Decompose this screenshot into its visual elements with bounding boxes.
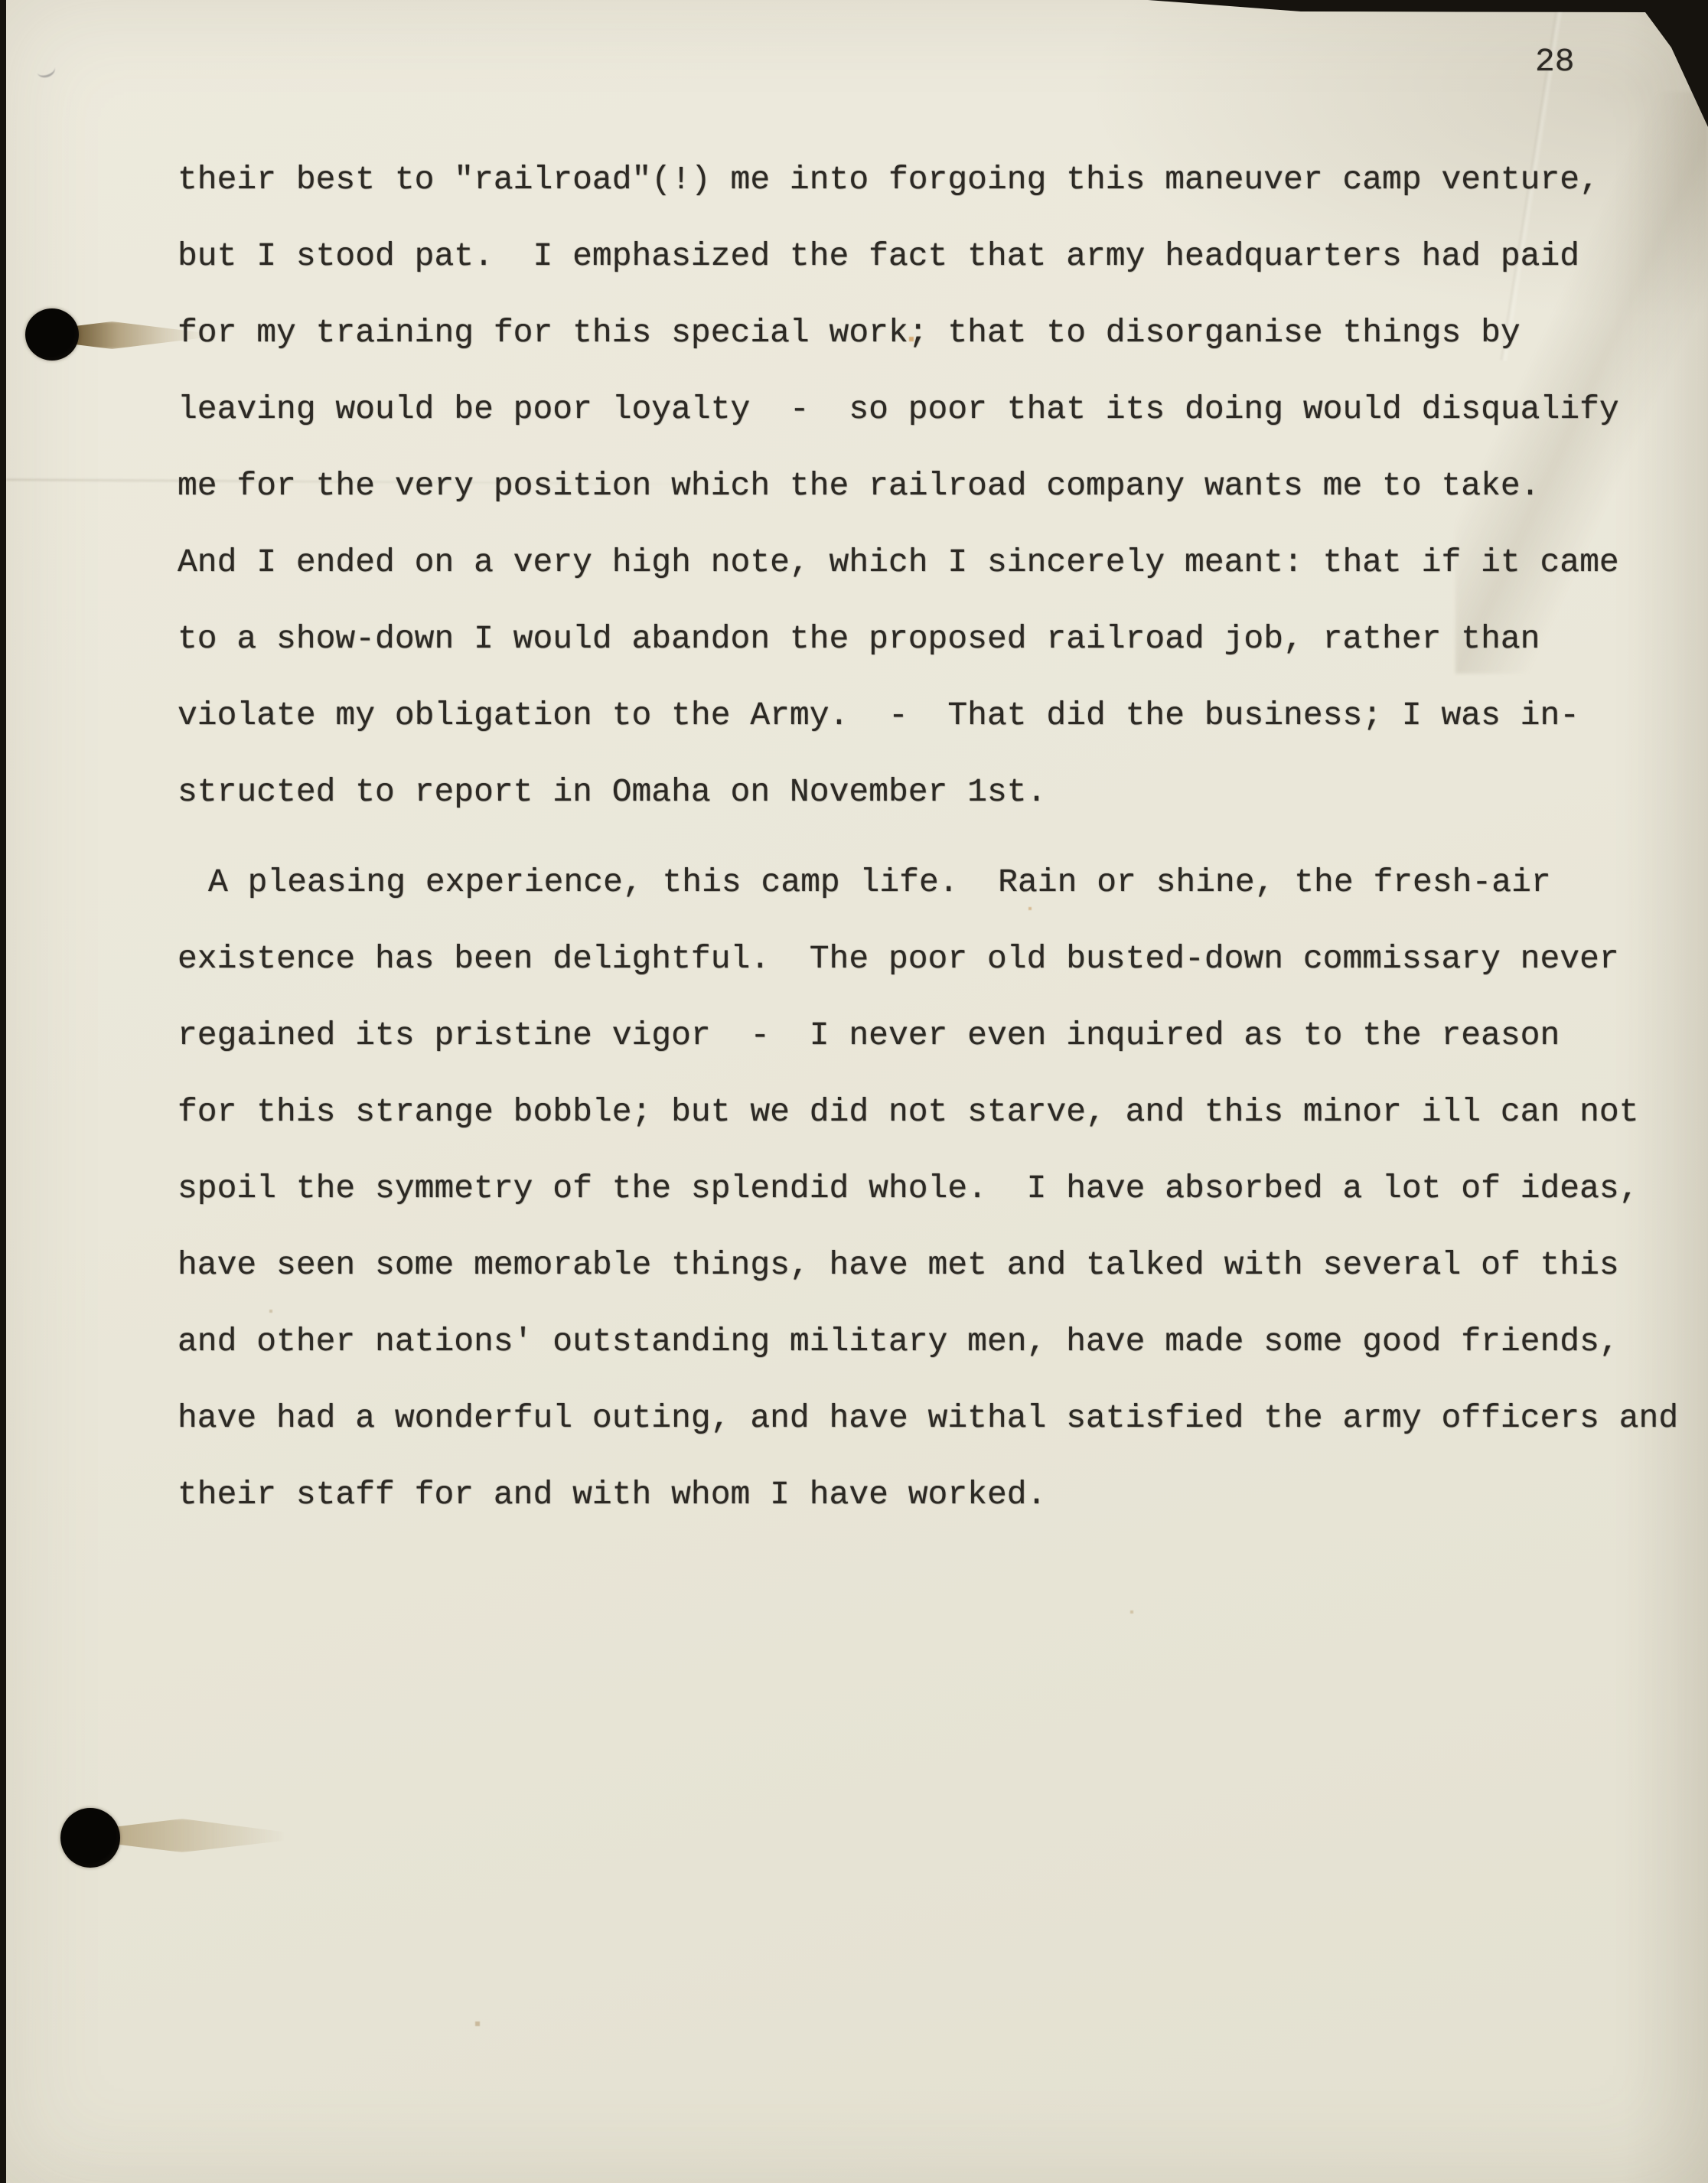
- text-line: and other nations' outstanding military …: [178, 1304, 1700, 1380]
- text-line: spoil the symmetry of the splendid whole…: [178, 1150, 1700, 1227]
- paragraph: A pleasing experience, this camp life. R…: [178, 844, 1700, 1533]
- paper-specks: [6, 0, 8, 2]
- punch-hole-bottom: [60, 1808, 120, 1868]
- document-scan: 28 their best to "railroad"(!) me into f…: [0, 0, 1708, 2183]
- text-line: And I ended on a very high note, which I…: [178, 524, 1700, 601]
- text-line: A pleasing experience, this camp life. R…: [178, 844, 1700, 921]
- punch-hole-top: [25, 308, 79, 361]
- text-line: regained its pristine vigor - I never ev…: [178, 997, 1700, 1074]
- text-line: have seen some memorable things, have me…: [178, 1227, 1700, 1304]
- smudge-bottom: [113, 1819, 285, 1852]
- text-line: but I stood pat. I emphasized the fact t…: [178, 218, 1700, 295]
- paragraph: their best to "railroad"(!) me into forg…: [178, 142, 1700, 830]
- text-line: leaving would be poor loyalty - so poor …: [178, 371, 1700, 448]
- text-line: for my training for this special work; t…: [178, 295, 1700, 371]
- text-line: their staff for and with whom I have wor…: [178, 1457, 1700, 1533]
- document-page: 28 their best to "railroad"(!) me into f…: [6, 0, 1708, 2183]
- text-line: existence has been delightful. The poor …: [178, 921, 1700, 997]
- pencil-mark: [35, 60, 57, 80]
- text-line: for this strange bobble; but we did not …: [178, 1074, 1700, 1150]
- page-number: 28: [1535, 43, 1575, 80]
- text-line: have had a wonderful outing, and have wi…: [178, 1380, 1700, 1457]
- text-line: violate my obligation to the Army. - Tha…: [178, 677, 1700, 754]
- text-line: their best to "railroad"(!) me into forg…: [178, 142, 1700, 218]
- text-line: me for the very position which the railr…: [178, 448, 1700, 524]
- text-line: to a show-down I would abandon the propo…: [178, 601, 1700, 677]
- typewritten-text: their best to "railroad"(!) me into forg…: [178, 142, 1700, 1533]
- text-line: structed to report in Omaha on November …: [178, 754, 1700, 830]
